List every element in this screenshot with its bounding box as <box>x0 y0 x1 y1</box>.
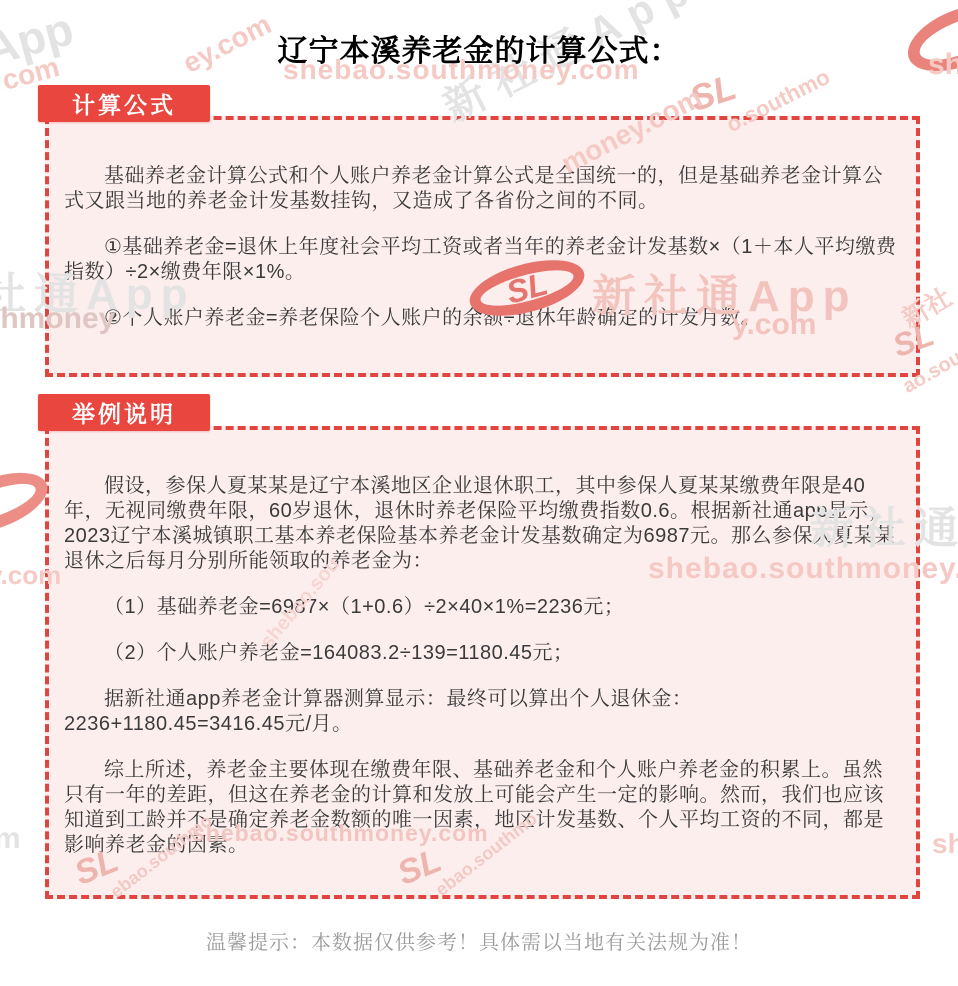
formula-box: 基础养老金计算公式和个人账户养老金计算公式是全国统一的，但是基础养老金计算公式又… <box>45 116 920 377</box>
section-header-formula: 计算公式 <box>38 85 210 122</box>
watermark-m-left: m <box>0 822 21 856</box>
watermark-sh-bottom-right: sh <box>932 828 958 860</box>
formula-paragraph: 基础养老金计算公式和个人账户养老金计算公式是全国统一的，但是基础养老金计算公式又… <box>64 164 901 214</box>
footer-note: 温馨提示：本数据仅供参考！具体需以当地有关法规为准！ <box>0 926 958 955</box>
formula-paragraph: ①基础养老金=退休上年度社会平均工资或者当年的养老金计发基数×（1＋本人平均缴费… <box>64 235 901 285</box>
page-title: 辽宁本溪养老金的计算公式： <box>0 26 958 70</box>
example-paragraph: 假设，参保人夏某某是辽宁本溪地区企业退休职工，其中参保人夏某某缴费年限是40年，… <box>64 474 901 574</box>
formula-paragraph: ②个人账户养老金=养老保险个人账户的余额÷退休年龄确定的计发月数。 <box>64 306 901 331</box>
sl-logo-text-top: SL <box>685 66 742 120</box>
example-paragraph: （1）基础养老金=6987×（1+0.6）÷2×40×1%=2236元； <box>64 595 901 620</box>
article-page: App com ey.com 新社通App shebao.southmoney.… <box>0 0 958 986</box>
example-box: 假设，参保人夏某某是辽宁本溪地区企业退休职工，其中参保人夏某某缴费年限是40年，… <box>45 426 920 899</box>
section-header-example: 举例说明 <box>38 394 210 431</box>
example-paragraph: 综上所述，养老金主要体现在缴费年限、基础养老金和个人账户养老金的积累上。虽然只有… <box>64 758 901 858</box>
example-paragraph: （2）个人账户养老金=164083.2÷139=1180.45元； <box>64 641 901 666</box>
example-paragraph: 据新社通app养老金计算器测算显示：最终可以算出个人退休金：2236+1180.… <box>64 687 901 737</box>
